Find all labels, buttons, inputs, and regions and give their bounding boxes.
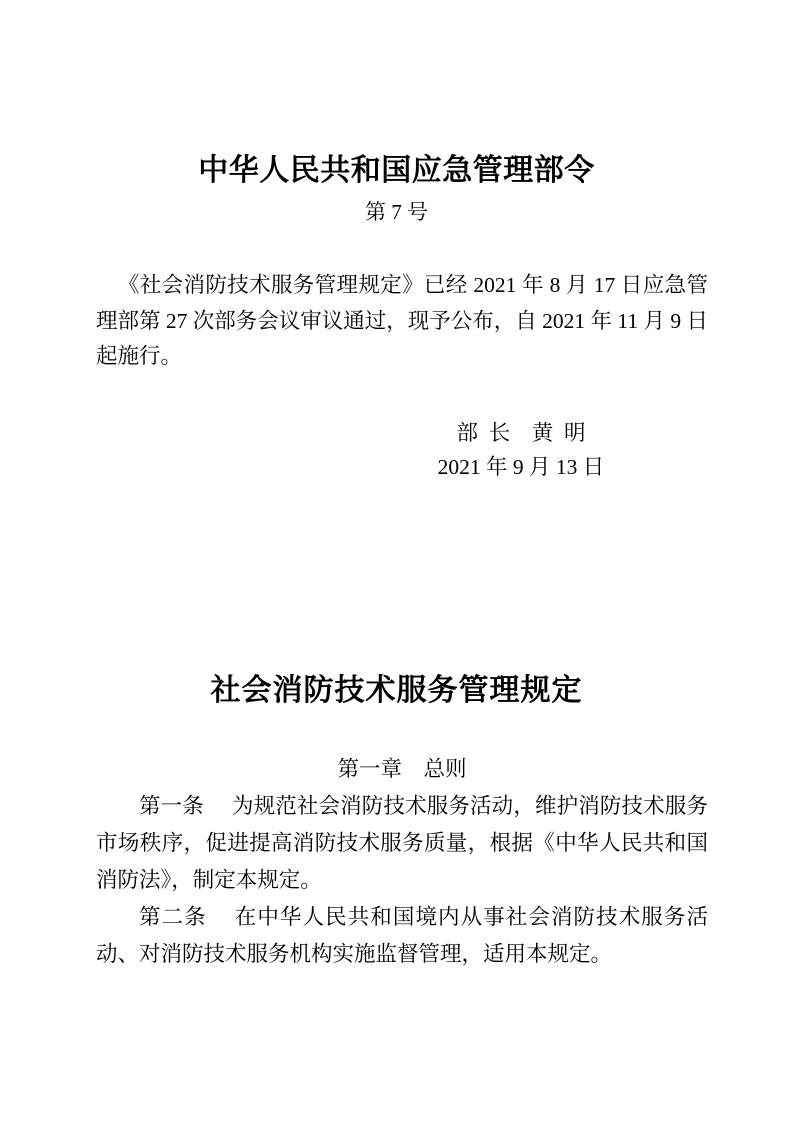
article-2-label: 第二条 <box>139 905 207 929</box>
article-1: 第一条为规范社会消防技术服务活动，维护消防技术服务市场秩序，促进提高消防技术服务… <box>96 788 708 899</box>
document-page: 中华人民共和国应急管理部令 第 7 号 《社会消防技术服务管理规定》已经 202… <box>0 0 793 1122</box>
decree-number: 第 7 号 <box>0 197 793 227</box>
article-1-label: 第一条 <box>139 794 204 818</box>
minister-signature: 部 长 黄 明 <box>336 416 706 450</box>
regulation-body: 第一章 总则 第一条为规范社会消防技术服务活动，维护消防技术服务市场秩序，促进提… <box>96 751 708 973</box>
article-2: 第二条在中华人民共和国境内从事社会消防技术服务活动、对消防技术服务机构实施监督管… <box>96 899 708 973</box>
regulation-title: 社会消防技术服务管理规定 <box>0 669 793 713</box>
chapter-heading: 第一章 总则 <box>96 751 708 788</box>
decree-title: 中华人民共和国应急管理部令 <box>0 151 793 191</box>
signature-block: 部 长 黄 明 2021 年 9 月 13 日 <box>336 416 706 484</box>
decree-body-paragraph: 《社会消防技术服务管理规定》已经 2021 年 8 月 17 日应急管理部第 2… <box>96 268 708 375</box>
decree-date: 2021 年 9 月 13 日 <box>336 450 706 484</box>
